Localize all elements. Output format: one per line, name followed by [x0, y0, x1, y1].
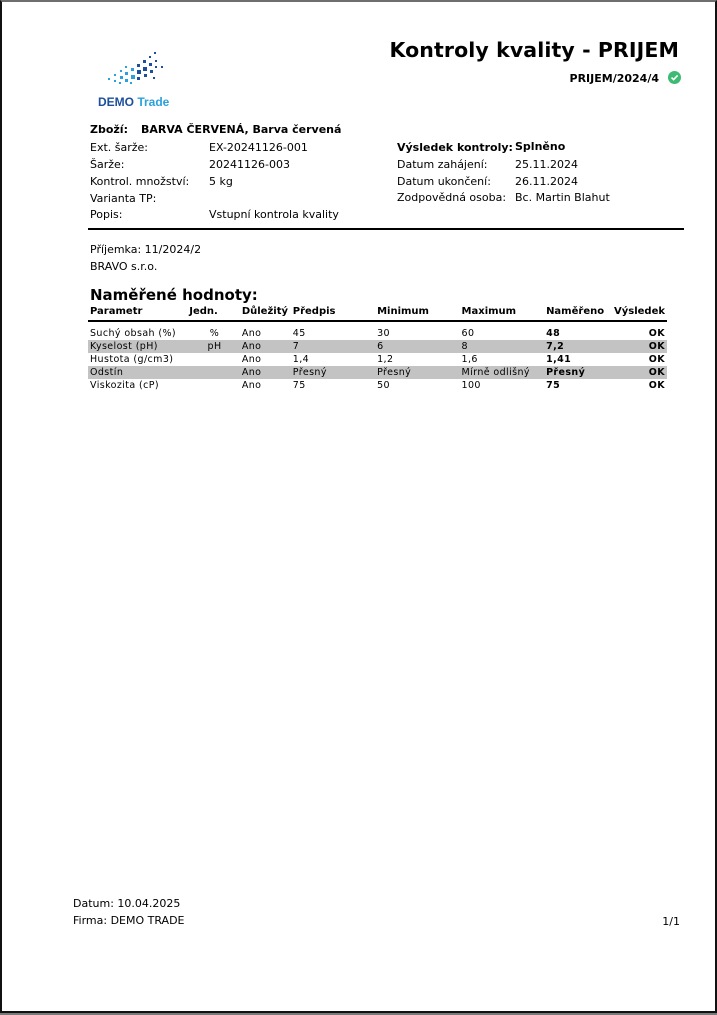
demo-trade-logo-icon [106, 52, 166, 86]
page-title: Kontroly kvality - PRIJEM [389, 38, 679, 62]
header-divider [88, 228, 684, 230]
table-row: Suchý obsah (%) % Ano 45 30 60 48 OK [88, 327, 667, 340]
batch-label: Šarže: [90, 158, 125, 171]
product-value: BARVA ČERVENÁ, Barva červená [141, 123, 341, 136]
ext-batch-value: EX-20241126-001 [209, 141, 308, 154]
control-quantity-value: 5 kg [209, 175, 233, 188]
control-quantity-label: Kontrol. množství: [90, 175, 189, 188]
page-number: 1/1 [662, 915, 680, 928]
column-header-maximum: Maximum [460, 305, 545, 321]
column-header-result: Výsledek [612, 305, 667, 321]
start-date-label: Datum zahájení: [397, 158, 488, 171]
document-number: PRIJEM/2024/4 [570, 72, 659, 85]
check-circle-icon [668, 71, 681, 84]
measurements-table: Parametr Jedn. Důležitý Předpis Minimum … [88, 305, 667, 392]
footer-date: Datum: 10.04.2025 [73, 897, 180, 910]
result-value: Splněno [515, 140, 565, 153]
receipt-number: Příjemka: 11/2024/2 [90, 243, 201, 256]
logo-text: DEMO Trade [98, 95, 169, 109]
report-page: DEMO Trade Kontroly kvality - PRIJEM PRI… [0, 0, 717, 1013]
table-row: Hustota (g/cm3) Ano 1,4 1,2 1,6 1,41 OK [88, 353, 667, 366]
column-header-parameter: Parametr [88, 305, 187, 321]
footer-company: Firma: DEMO TRADE [73, 914, 185, 927]
column-header-important: Důležitý [240, 305, 291, 321]
column-header-minimum: Minimum [375, 305, 459, 321]
table-row: Kyselost (pH) pH Ano 7 6 8 7,2 OK [88, 340, 667, 353]
column-header-specification: Předpis [291, 305, 375, 321]
description-value: Vstupní kontrola kvality [209, 208, 339, 221]
start-date-value: 25.11.2024 [515, 158, 578, 171]
column-header-unit: Jedn. [187, 305, 240, 321]
column-header-measured: Naměřeno [544, 305, 612, 321]
end-date-label: Datum ukončení: [397, 175, 491, 188]
responsible-person-label: Zodpovědná osoba: [397, 191, 506, 204]
table-row: Viskozita (cP) Ano 75 50 100 75 OK [88, 379, 667, 392]
table-header-row: Parametr Jedn. Důležitý Předpis Minimum … [88, 305, 667, 321]
responsible-person-value: Bc. Martin Blahut [515, 191, 610, 204]
ext-batch-label: Ext. šarže: [90, 141, 148, 154]
description-label: Popis: [90, 208, 122, 221]
measurements-title: Naměřené hodnoty: [90, 286, 258, 304]
end-date-value: 26.11.2024 [515, 175, 578, 188]
supplier-name: BRAVO s.r.o. [90, 260, 157, 273]
batch-value: 20241126-003 [209, 158, 290, 171]
table-row: Odstín Ano Přesný Přesný Mírně odlišný P… [88, 366, 667, 379]
result-label: Výsledek kontroly: [397, 141, 513, 154]
product-label: Zboží: [90, 123, 128, 136]
tp-variant-label: Varianta TP: [90, 192, 156, 205]
